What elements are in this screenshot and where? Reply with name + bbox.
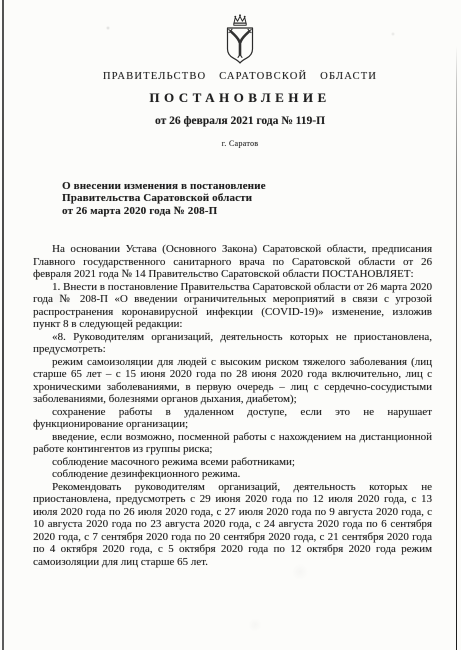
org-name: ПРАВИТЕЛЬСТВО САРАТОВСКОЙ ОБЛАСТИ [20, 71, 460, 82]
doc-body: На основании Устава (Основного Закона) С… [33, 243, 432, 568]
scan-edge-right-artifact [456, 46, 458, 650]
doc-date-number: от 26 февраля 2021 года № 119-П [20, 115, 460, 127]
body-paragraph: режим самоизоляции для людей с высоким р… [33, 356, 432, 406]
body-paragraph: Рекомендовать руководителям организаций,… [33, 481, 432, 569]
doc-title-line: О внесении изменения в постановление [62, 180, 362, 192]
coat-of-arms-icon [223, 12, 257, 64]
document-page: ПРАВИТЕЛЬСТВО САРАТОВСКОЙ ОБЛАСТИ ПОСТАН… [0, 0, 461, 650]
body-paragraph: На основании Устава (Основного Закона) С… [33, 243, 432, 281]
doc-city: г. Саратов [20, 139, 460, 148]
doc-title: О внесении изменения в постановление Пра… [62, 180, 362, 217]
body-paragraph: введение, если возможно, посменной работ… [33, 431, 432, 456]
body-paragraph: 1. Внести в постановление Правительства … [33, 281, 432, 331]
body-paragraph: соблюдение дезинфекционного режима. [33, 468, 432, 481]
doc-title-line: от 26 марта 2020 года № 208-П [62, 205, 362, 217]
body-paragraph: сохранение работы в удаленном доступе, е… [33, 406, 432, 431]
body-paragraph: соблюдение масочного режима всеми работн… [33, 456, 432, 469]
doc-title-line: Правительства Саратовской области [62, 192, 362, 204]
coat-of-arms-emblem [223, 12, 257, 64]
body-paragraph: «8. Руководителям организаций, деятельно… [33, 331, 432, 356]
scan-edge-left-artifact [2, 0, 4, 650]
doc-type-heading: ПОСТАНОВЛЕНИЕ [20, 90, 460, 106]
